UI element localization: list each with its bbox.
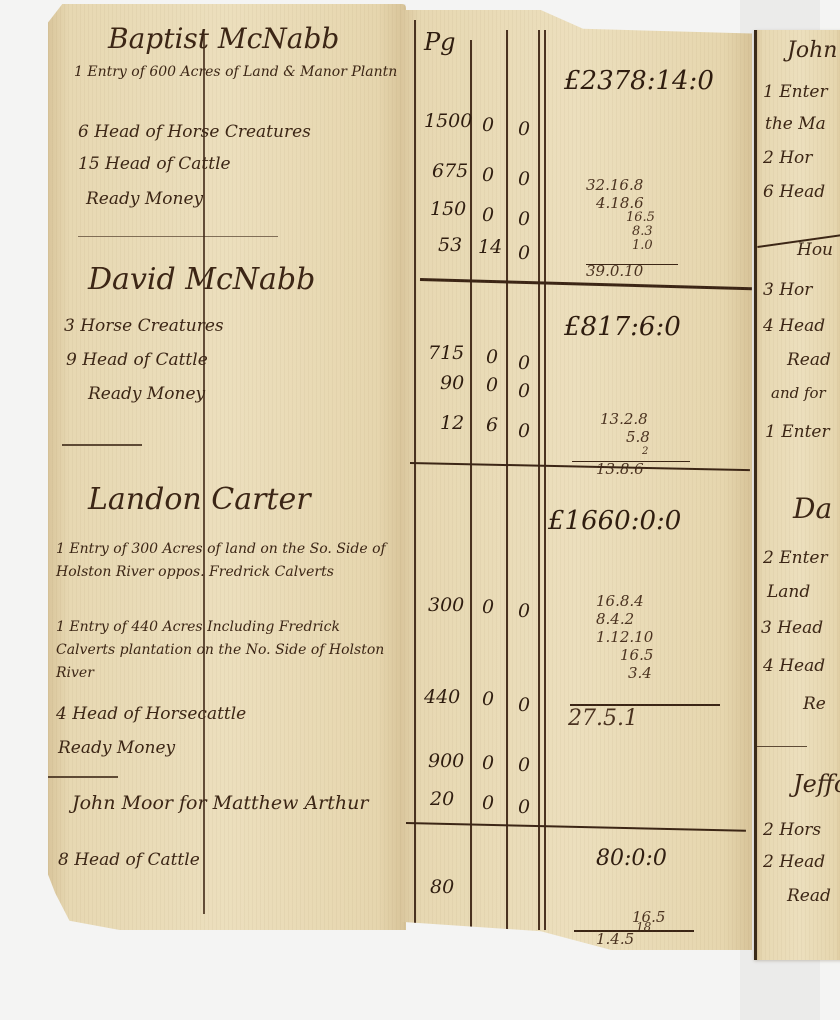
fragment-line: Jeffo [793,770,840,798]
shillings-value: 0 [482,752,494,774]
separator-line [78,236,278,237]
calc-sum: 13.8.6 [596,460,644,478]
column-rule [506,30,508,930]
pence-value: 0 [518,380,530,402]
calc-line: 16.5 [620,646,653,664]
entry-item: 6 Head of Horse Creatures [78,122,311,142]
entry-total: £817:6:0 [564,312,681,342]
shillings-value: 0 [486,374,498,396]
entry-name: Baptist McNabb [108,22,339,55]
entry-name: Landon Carter [88,482,311,517]
pounds-value: 53 [438,234,462,256]
pence-value: 0 [518,754,530,776]
calc-line: 1.0 [632,238,653,253]
calc-line: 8.3 [632,224,653,239]
entry-item: Ready Money [88,384,205,404]
shillings-value: 0 [482,596,494,618]
calc-line: 1.12.10 [596,628,653,646]
calc-line: 8.4.2 [596,610,634,628]
calc-sum: 1.4.5 [596,930,634,948]
fragment-line: Hou [797,240,833,260]
separator-line [48,776,118,778]
shillings-value: 6 [486,414,498,436]
entry-divider [410,462,750,471]
pence-value: 0 [518,694,530,716]
fragment-line: Re [803,694,826,714]
pounds-value: 150 [430,198,466,220]
entry-item: 3 Horse Creatures [64,316,224,336]
entry-item: 1 Entry of 300 Acres of land on the So. … [56,538,386,584]
fragment-line: Land [767,582,810,602]
pounds-value: 440 [424,686,460,708]
fragment-line: 2 Head [763,852,825,872]
pounds-value: 1500 [424,110,472,132]
pounds-value: 675 [432,160,468,182]
pence-value: 0 [518,600,530,622]
fragment-line: the Ma [765,114,826,134]
pence-value: 0 [518,420,530,442]
fragment-line: 1 Enter [763,82,828,102]
pounds-value: 300 [428,594,464,616]
calc-sum: 39.0.10 [586,262,643,280]
fragment-line: 3 Hor [763,280,812,300]
shillings-value: 0 [482,164,494,186]
facing-page-fragment: John 1 Enter the Ma 2 Hor 6 Head Hou 3 H… [754,30,840,960]
entry-total: £2378:14:0 [564,66,714,96]
calc-line: 32.16.8 [586,176,643,194]
entry-item: Ready Money [58,738,175,758]
column-rule [538,30,540,930]
entry-total: 80:0:0 [596,846,667,871]
calc-line: 13.2.8 [600,410,648,428]
fragment-line: 2 Hor [763,148,812,168]
separator-line [757,746,807,747]
fragment-line: 2 Enter [763,548,828,568]
fragment-line: and for [771,384,826,402]
pence-value: 0 [518,796,530,818]
entry-item: 15 Head of Cattle [78,154,231,174]
column-rule [544,30,546,930]
shillings-value: 0 [486,346,498,368]
pence-value: 0 [518,168,530,190]
calc-line: 16.5 [626,210,655,225]
left-page-descriptions: Baptist McNabb 1 Entry of 600 Acres of L… [48,4,406,930]
pounds-value: 12 [440,412,464,434]
pounds-value: 20 [430,788,454,810]
shillings-value: 14 [478,236,502,258]
fragment-line: 4 Head [763,656,825,676]
pounds-value: 90 [440,372,464,394]
calc-line: 3.4 [628,664,652,682]
pounds-value: 80 [430,876,454,898]
shillings-value: 0 [482,204,494,226]
calc-carry: 2 [642,446,648,457]
pounds-value: 715 [428,342,464,364]
fragment-line: John [787,38,837,63]
fragment-line: 3 Head [761,618,823,638]
pence-value: 0 [518,118,530,140]
pence-value: 0 [518,242,530,264]
calc-sum: 27.5.1 [568,706,638,731]
fragment-line: 1 Enter [765,422,830,442]
entry-name: John Moor for Matthew Arthur [72,790,372,816]
fragment-line: Read [787,350,831,370]
column-header: Pg [424,28,456,56]
entry-name: David McNabb [88,262,315,297]
entry-item: 4 Head of Horsecattle [56,704,246,724]
column-rule [414,20,416,940]
column-rule [470,40,472,930]
calc-line: 16.8.4 [596,592,644,610]
ledger-page-amounts: Pg 1500 0 0 675 0 0 150 0 0 53 14 0 £237… [400,10,752,950]
entry-item: 1 Entry of 600 Acres of Land & Manor Pla… [74,64,446,80]
separator-line [62,444,142,446]
entry-total: £1660:0:0 [548,506,681,536]
fragment-line: 2 Hors [763,820,821,840]
fragment-line: Read [787,886,831,906]
entry-item: Ready Money [86,189,203,209]
pence-value: 0 [518,208,530,230]
entry-divider [406,822,746,832]
shillings-value: 0 [482,114,494,136]
entry-item: 8 Head of Cattle [58,850,200,870]
calc-line: 5.8 [626,428,650,446]
fragment-line: 4 Head [763,316,825,336]
pounds-value: 900 [428,750,464,772]
entry-item: 9 Head of Cattle [66,350,208,370]
pence-value: 0 [518,352,530,374]
shillings-value: 0 [482,792,494,814]
fragment-line: 6 Head [763,182,825,202]
shillings-value: 0 [482,688,494,710]
entry-item: 1 Entry of 440 Acres Including Fredrick … [56,616,386,685]
fragment-line: Da [793,492,832,525]
